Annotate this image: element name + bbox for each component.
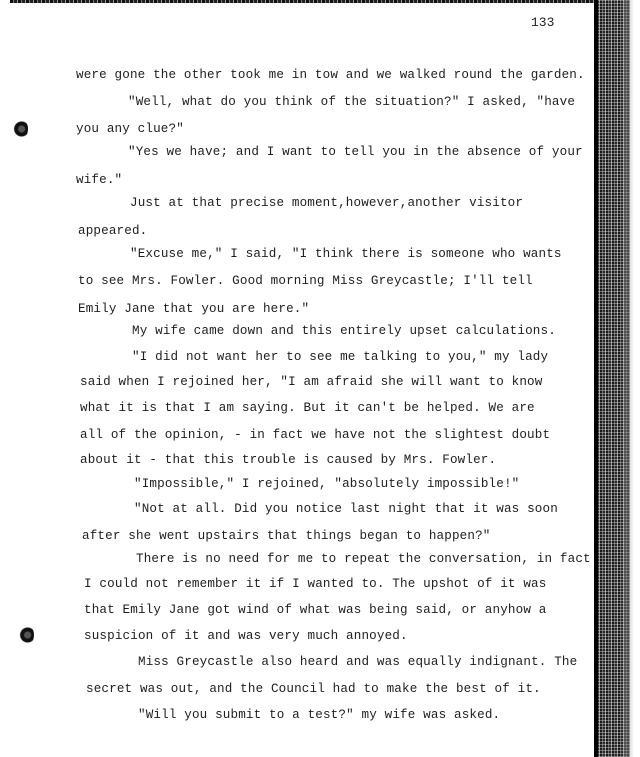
text-line: Miss Greycastle also heard and was equal… xyxy=(138,655,577,669)
text-line: "Excuse me," I said, "I think there is s… xyxy=(130,247,562,261)
text-line: all of the opinion, - in fact we have no… xyxy=(80,428,550,442)
text-line: secret was out, and the Council had to m… xyxy=(86,682,541,696)
text-line: suspicion of it and was very much annoye… xyxy=(84,629,408,643)
scanned-page: 133 were gone the other took me in tow a… xyxy=(0,0,640,757)
text-line: "Not at all. Did you notice last night t… xyxy=(134,502,558,516)
scan-right-edge xyxy=(594,0,630,757)
text-line: you any clue?" xyxy=(76,122,184,136)
text-line: said when I rejoined her, "I am afraid s… xyxy=(80,375,542,389)
text-line: what it is that I am saying. But it can'… xyxy=(80,401,535,415)
text-line: to see Mrs. Fowler. Good morning Miss Gr… xyxy=(78,274,533,288)
text-line: My wife came down and this entirely upse… xyxy=(132,324,556,338)
text-line: "Impossible," I rejoined, "absolutely im… xyxy=(134,477,519,491)
text-line: "I did not want her to see me talking to… xyxy=(132,350,548,364)
text-line: Just at that precise moment,however,anot… xyxy=(130,196,523,210)
text-line: There is no need for me to repeat the co… xyxy=(136,552,591,566)
text-line: "Yes we have; and I want to tell you in … xyxy=(128,145,583,159)
text-line: that Emily Jane got wind of what was bei… xyxy=(84,603,546,617)
text-line: Emily Jane that you are here." xyxy=(78,302,309,316)
page-number: 133 xyxy=(531,15,554,30)
scan-top-edge xyxy=(10,0,600,3)
text-line: "Will you submit to a test?" my wife was… xyxy=(138,708,500,722)
text-line: wife." xyxy=(76,173,122,187)
punch-hole-icon xyxy=(12,118,28,140)
text-line: appeared. xyxy=(78,224,147,238)
text-line: "Well, what do you think of the situatio… xyxy=(128,95,575,109)
text-line: were gone the other took me in tow and w… xyxy=(76,68,585,82)
text-line: about it - that this trouble is caused b… xyxy=(80,453,496,467)
punch-hole-icon xyxy=(18,624,34,646)
text-line: I could not remember it if I wanted to. … xyxy=(84,577,546,591)
text-line: after she went upstairs that things bega… xyxy=(82,529,491,543)
